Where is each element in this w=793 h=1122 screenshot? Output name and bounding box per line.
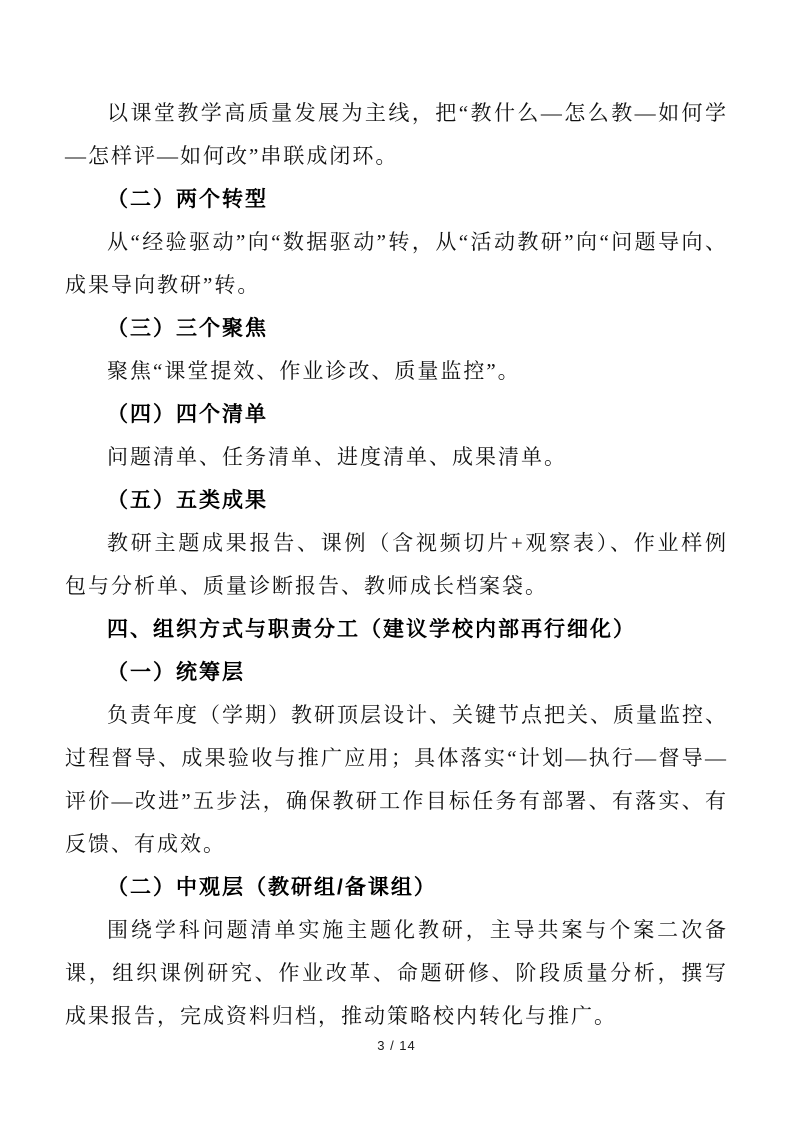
body-paragraph: 以课堂教学高质量发展为主线，把“教什么—怎么教—如何学—怎样评—如何改”串联成闭… [65,92,728,178]
body-paragraph: 聚焦“课堂提效、作业诊改、质量监控”。 [65,350,728,393]
document-content: 以课堂教学高质量发展为主线，把“教什么—怎么教—如何学—怎样评—如何改”串联成闭… [65,92,728,1038]
section-subheading: （二）两个转型 [65,178,728,221]
body-paragraph: 问题清单、任务清单、进度清单、成果清单。 [65,436,728,479]
section-subheading: （二）中观层（教研组/备课组） [65,866,728,909]
body-paragraph: 负责年度（学期）教研顶层设计、关键节点把关、质量监控、过程督导、成果验收与推广应… [65,694,728,866]
document-page: 以课堂教学高质量发展为主线，把“教什么—怎么教—如何学—怎样评—如何改”串联成闭… [0,0,793,1122]
section-subheading: （一）统筹层 [65,651,728,694]
section-subheading: （四）四个清单 [65,393,728,436]
section-subheading: （五）五类成果 [65,479,728,522]
section-heading: 四、组织方式与职责分工（建议学校内部再行细化） [65,608,728,651]
body-paragraph: 从“经验驱动”向“数据驱动”转，从“活动教研”向“问题导向、成果导向教研”转。 [65,221,728,307]
section-subheading: （三）三个聚焦 [65,307,728,350]
body-paragraph: 教研主题成果报告、课例（含视频切片+观察表）、作业样例包与分析单、质量诊断报告、… [65,522,728,608]
page-number: 3 / 14 [0,1038,793,1053]
body-paragraph: 围绕学科问题清单实施主题化教研，主导共案与个案二次备课，组织课例研究、作业改革、… [65,909,728,1038]
